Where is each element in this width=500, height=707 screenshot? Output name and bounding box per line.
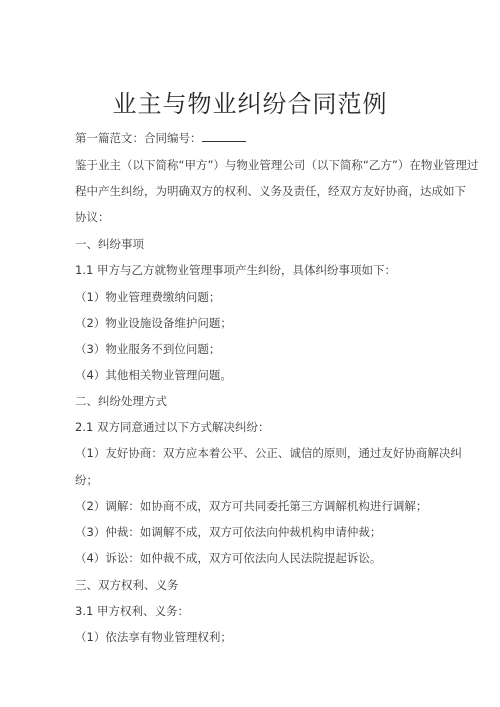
list-item: （2）调解：如协商不成，双方可共同委托第三方调解机构进行调解； <box>75 498 427 514</box>
paragraph-line: 鉴于业主（以下简称“甲方”）与物业管理公司（以下简称“乙方”）在物业管理过 <box>75 157 478 173</box>
list-item: （3）物业服务不到位问题； <box>75 341 220 357</box>
list-item: （4）其他相关物业管理问题。 <box>75 367 232 383</box>
list-item: （1）物业管理费缴纳问题； <box>75 289 220 305</box>
paragraph-line: 程中产生纠纷，为明确双方的权利、义务及责任，经双方友好协商，达成如下 <box>75 183 466 199</box>
contract-number-blank <box>202 131 246 142</box>
list-item: （3）仲裁：如调解不成，双方可依法向仲裁机构申请仲裁； <box>75 524 381 540</box>
section-heading: 三、双方权利、义务 <box>75 577 179 593</box>
section-heading: 一、纠纷事项 <box>75 236 144 252</box>
list-item-continuation: 纷； <box>75 472 98 488</box>
contract-number-line: 第一篇范文：合同编号： <box>75 130 246 146</box>
list-item: （1）友好协商：双方应本着公平、公正、诚信的原则，通过友好协商解决纠 <box>75 445 462 461</box>
clause-line: 2.1 双方同意通过以下方式解决纠纷： <box>75 419 269 435</box>
section-heading: 二、纠纷处理方式 <box>75 393 167 409</box>
list-item: （1）依法享有物业管理权利； <box>75 629 232 645</box>
clause-line: 1.1 甲方与乙方就物业管理事项产生纠纷，具体纠纷事项如下： <box>75 262 396 278</box>
list-item: （4）诉讼：如仲裁不成，双方可依法向人民法院提起诉讼。 <box>75 550 381 566</box>
document-title: 业主与物业纠纷合同范例 <box>0 84 500 119</box>
contract-number-label: 第一篇范文：合同编号： <box>75 131 202 145</box>
clause-line: 3.1 甲方权利、义务： <box>75 603 189 619</box>
paragraph-line: 协议： <box>75 209 110 225</box>
list-item: （2）物业设施设备维护问题； <box>75 315 232 331</box>
